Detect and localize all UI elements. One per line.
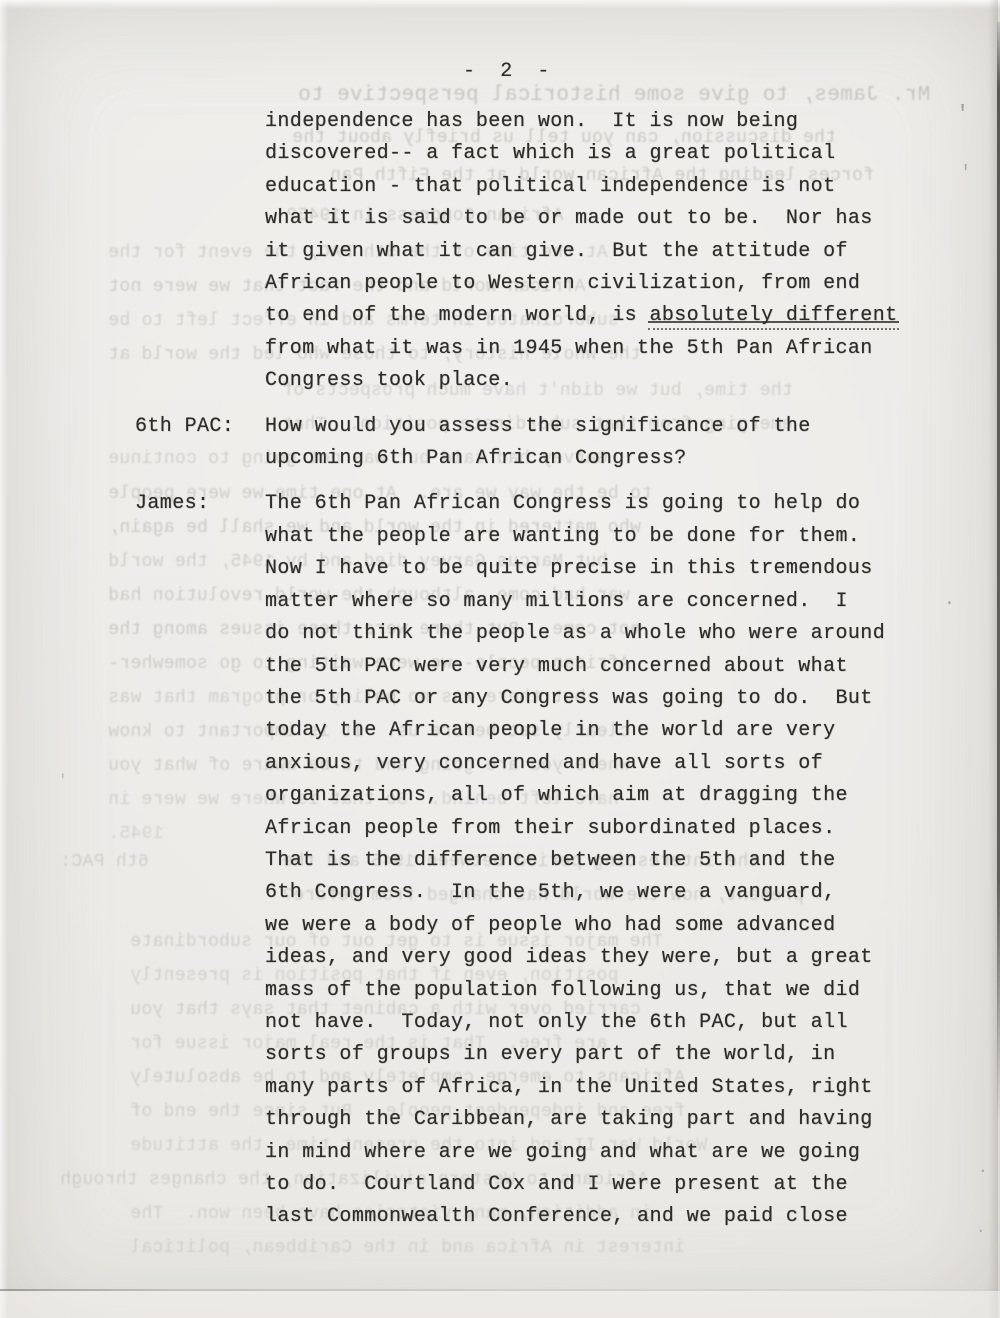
scan-speck: ' xyxy=(960,162,971,184)
transcript-line: That is the difference between the 5th a… xyxy=(265,845,975,877)
transcript-line: not have. Today, not only the 6th PAC, b… xyxy=(265,1007,975,1039)
transcript-line: what the people are wanting to be done f… xyxy=(265,521,975,553)
transcript-line: anxious, very concerned and have all sor… xyxy=(265,748,975,780)
speaker-label: James: xyxy=(135,488,209,520)
transcript-line: in mind where are we going and what are … xyxy=(265,1137,975,1169)
transcript-line: Congress took place. xyxy=(265,365,975,397)
transcript-line: we were a body of people who had some ad… xyxy=(265,910,975,942)
bleedthrough-line: 1945. xyxy=(108,824,164,844)
transcript-line: organizations, all of which aim at dragg… xyxy=(265,780,975,812)
scan-speck: · xyxy=(978,1162,988,1180)
transcript-line: today the African people in the world ar… xyxy=(265,715,975,747)
transcript-line: education - that political independence … xyxy=(265,171,975,203)
transcript-line: from what it was in 1945 when the 5th Pa… xyxy=(265,333,975,365)
transcript-line: African people to Western civilization, … xyxy=(265,268,975,300)
transcript-line: many parts of Africa, in the United Stat… xyxy=(265,1072,975,1104)
transcript-line: through the Caribbean, are taking part a… xyxy=(265,1104,975,1136)
transcript-line: independence has been won. It is now bei… xyxy=(265,106,975,138)
scan-speck: ' xyxy=(956,102,969,127)
transcript-paragraph: James:The 6th Pan African Congress is go… xyxy=(265,488,975,1233)
transcript-line: to do. Courtland Cox and I were present … xyxy=(265,1169,975,1201)
transcript-line: upcoming 6th Pan African Congress? xyxy=(265,443,975,475)
scan-speck: ' xyxy=(58,772,68,790)
transcript-line: 6th Congress. In the 5th, we were a vang… xyxy=(265,877,975,909)
transcript-line: last Commonwealth Conference, and we pai… xyxy=(265,1201,975,1233)
underlined-phrase: absolutely different xyxy=(649,304,897,327)
transcript-paragraph: independence has been won. It is now bei… xyxy=(265,106,975,398)
bleedthrough-line: Mr. James, to give some historical persp… xyxy=(298,84,930,107)
transcript-line: to end of the modern world, is absolutel… xyxy=(265,300,975,332)
scan-left-edge xyxy=(0,0,8,1318)
transcript-line: sorts of groups in every part of the wor… xyxy=(265,1039,975,1071)
speaker-label: 6th PAC: xyxy=(135,411,234,443)
transcript-line: African people from their subordinated p… xyxy=(265,813,975,845)
transcript-line: discovered-- a fact which is a great pol… xyxy=(265,138,975,170)
transcript-line: mass of the population following us, tha… xyxy=(265,975,975,1007)
scanned-document-page: Mr. James, to give some historical persp… xyxy=(0,0,1000,1318)
transcript-line: ideas, and very good ideas they were, bu… xyxy=(265,942,975,974)
transcript-line: do not think the people as a whole who w… xyxy=(265,618,975,650)
scan-speck: · xyxy=(944,594,955,614)
scan-top-edge xyxy=(0,0,1000,9)
transcript-paragraph: 6th PAC:How would you assess the signifi… xyxy=(265,411,975,476)
bleedthrough-line: 6th PAC: xyxy=(60,852,149,872)
transcript-line: the 5th PAC were very much concerned abo… xyxy=(265,651,975,683)
transcript: independence has been won. It is now bei… xyxy=(265,106,975,1247)
transcript-line: the 5th PAC or any Congress was going to… xyxy=(265,683,975,715)
transcript-line: matter where so many millions are concer… xyxy=(265,586,975,618)
page-number: - 2 - xyxy=(463,60,550,83)
transcript-line: How would you assess the significance of… xyxy=(265,411,975,443)
transcript-line: The 6th Pan African Congress is going to… xyxy=(265,488,975,520)
transcript-line: it given what it can give. But the attit… xyxy=(265,236,975,268)
scan-bottom-band xyxy=(0,1291,1000,1318)
scan-speck: · xyxy=(976,1222,986,1240)
transcript-line: Now I have to be quite precise in this t… xyxy=(265,553,975,585)
transcript-line: what it is said to be or made out to be.… xyxy=(265,203,975,235)
